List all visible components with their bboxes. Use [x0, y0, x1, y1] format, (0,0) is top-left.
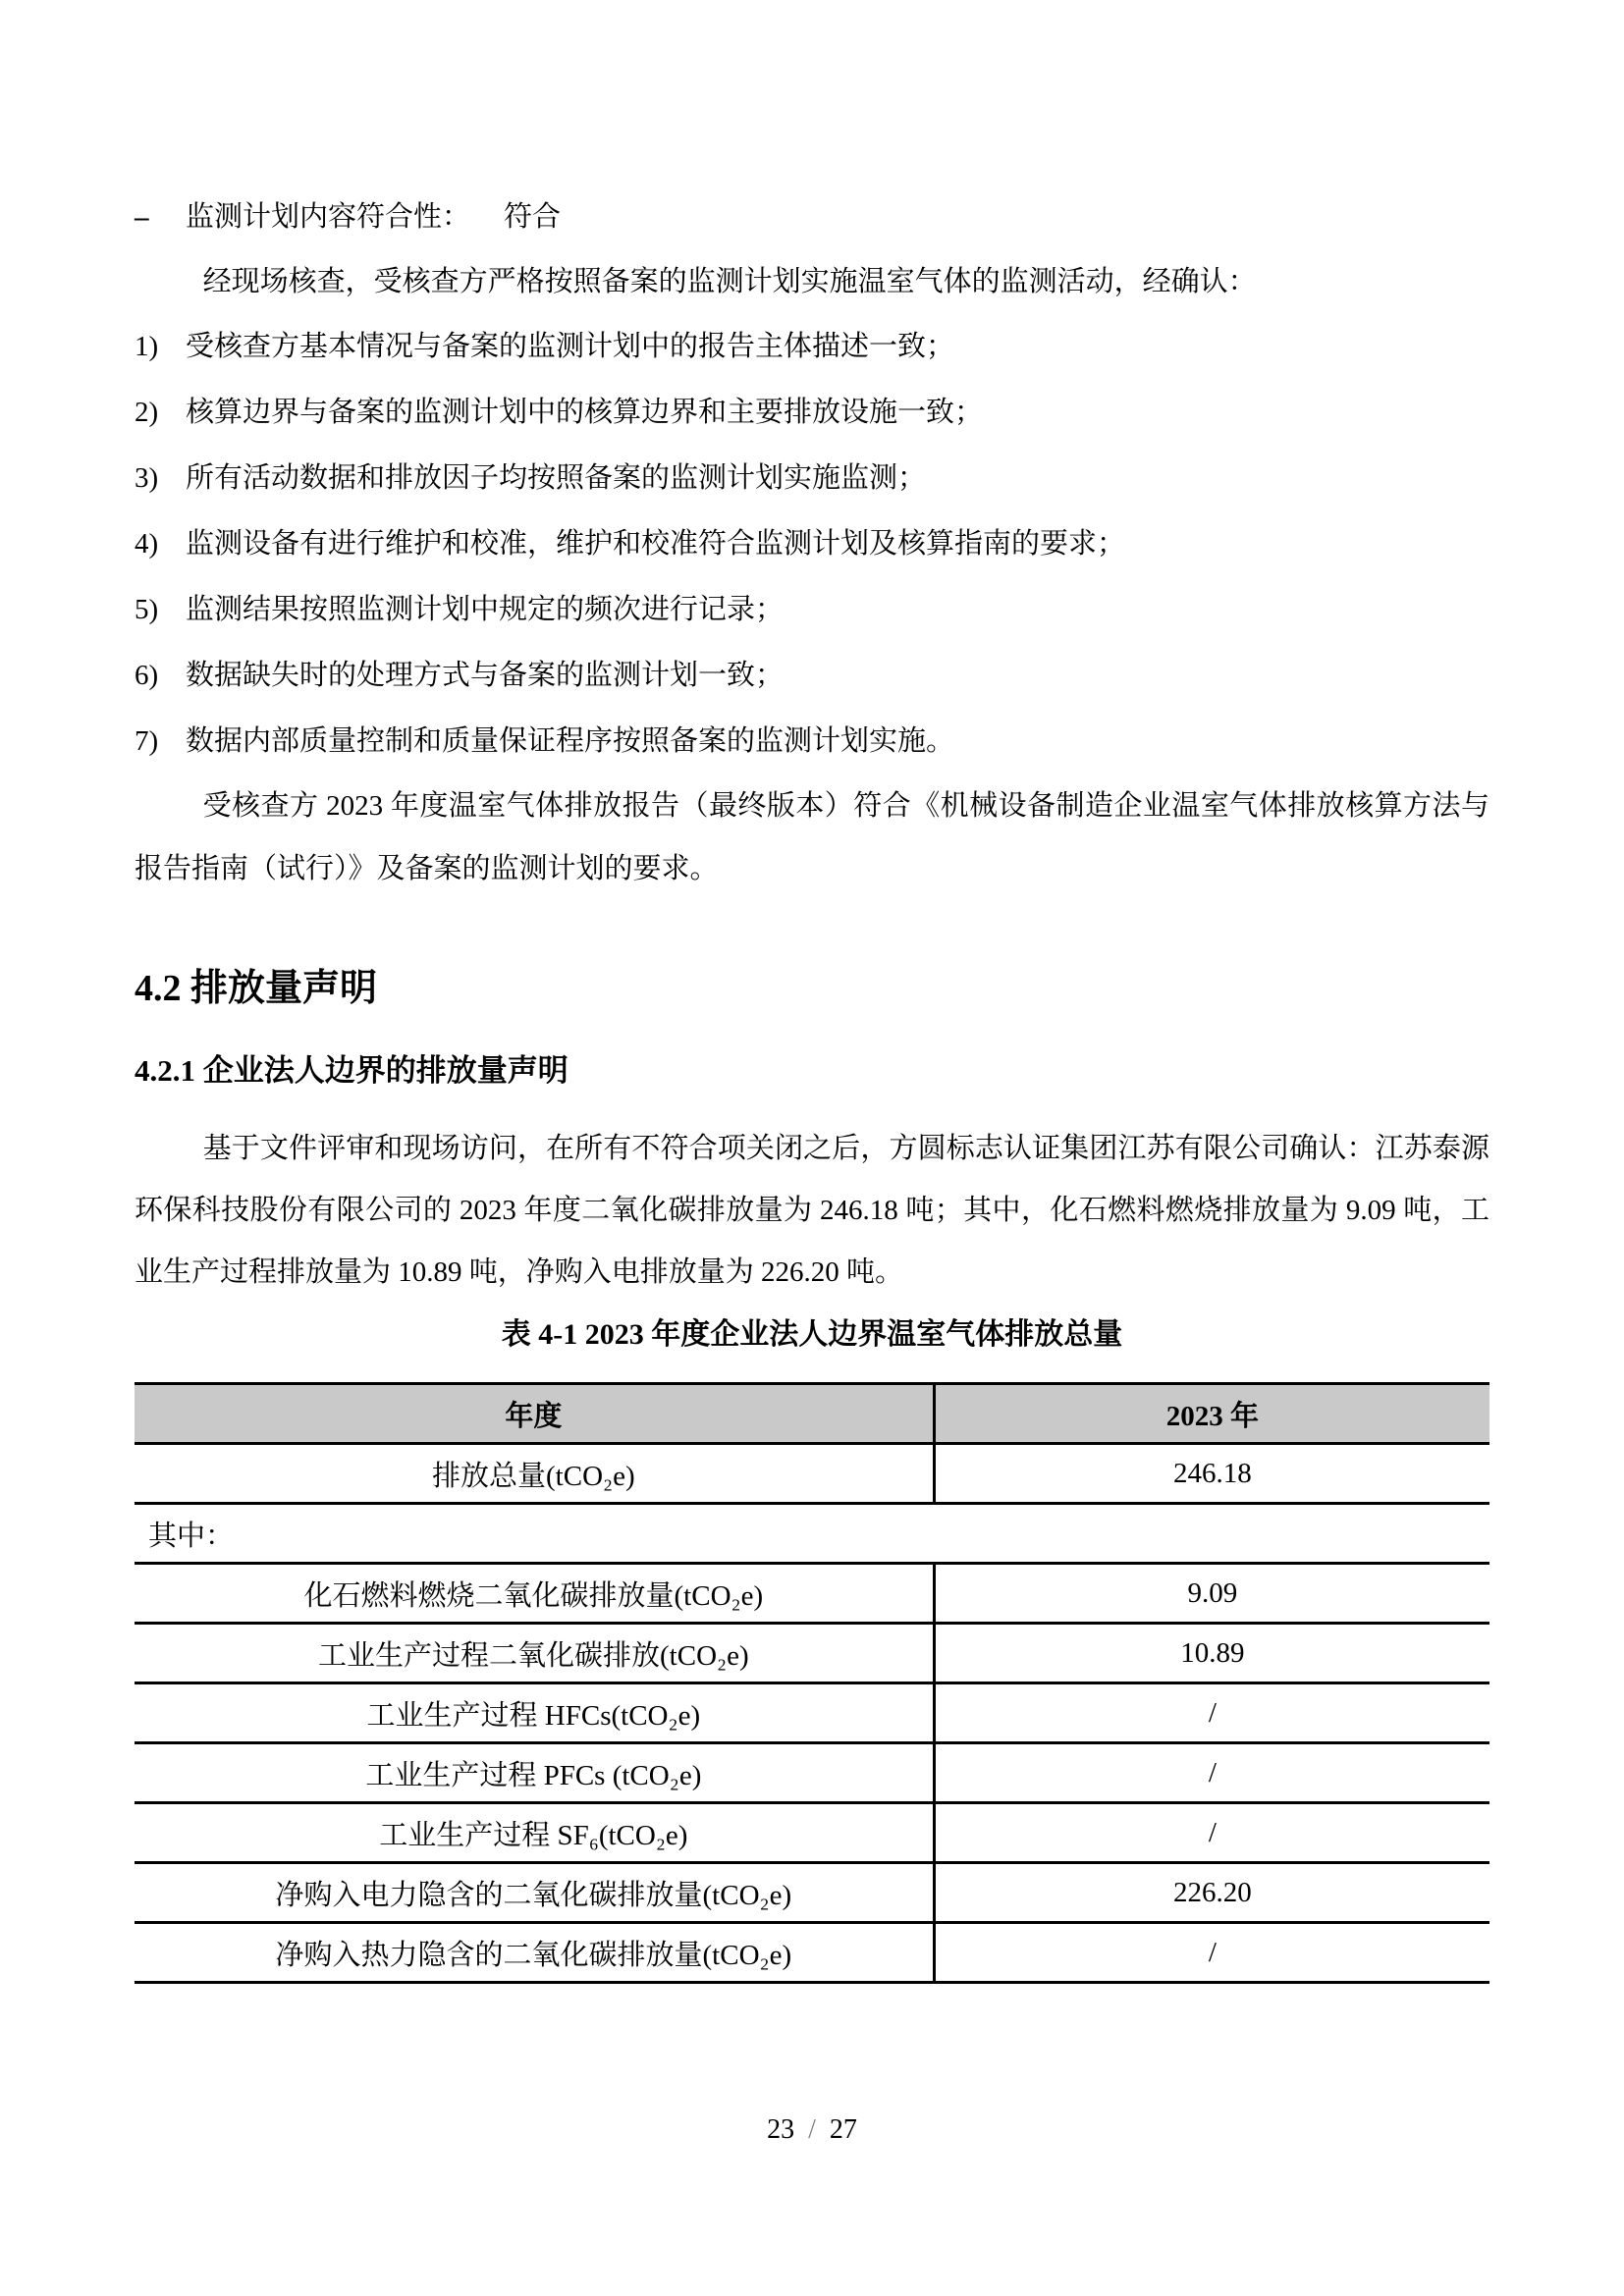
row-label: 排放总量(tCO₂e)	[135, 1444, 934, 1504]
row-label: 其中：	[135, 1504, 1489, 1564]
finding-number: 4)	[135, 511, 186, 577]
page-footer: 23/27	[0, 2110, 1624, 2150]
table-header-row: 年度 2023 年	[135, 1384, 1489, 1444]
document-page: – 监测计划内容符合性： 符合 经现场核查，受核查方严格按照备案的监测计划实施温…	[0, 0, 1624, 2296]
row-value: 9.09	[934, 1564, 1489, 1624]
finding-number: 6)	[135, 643, 186, 709]
table-header-value: 2023 年	[934, 1384, 1489, 1444]
table-header-year: 年度	[135, 1384, 934, 1444]
row-value: /	[934, 1683, 1489, 1743]
row-label: 工业生产过程 PFCs (tCO₂e)	[135, 1743, 934, 1803]
row-value: /	[934, 1803, 1489, 1863]
row-value: 226.20	[934, 1863, 1489, 1923]
page-number-separator: /	[808, 2114, 816, 2145]
intro-paragraph: 经现场核查，受核查方严格按照备案的监测计划实施温室气体的监测活动，经确认：	[135, 249, 1489, 314]
finding-text: 监测结果按照监测计划中规定的频次进行记录；	[186, 577, 1489, 643]
finding-text: 受核查方基本情况与备案的监测计划中的报告主体描述一致；	[186, 314, 1489, 380]
table-row: 排放总量(tCO₂e) 246.18	[135, 1444, 1489, 1504]
finding-number: 2)	[135, 380, 186, 446]
table-row: 其中：	[135, 1504, 1489, 1564]
table-row: 工业生产过程二氧化碳排放(tCO₂e) 10.89	[135, 1624, 1489, 1683]
row-label: 工业生产过程 SF₆(tCO₂e)	[135, 1803, 934, 1863]
finding-number: 3)	[135, 446, 186, 511]
finding-item: 1) 受核查方基本情况与备案的监测计划中的报告主体描述一致；	[135, 314, 1489, 380]
row-label: 工业生产过程 HFCs(tCO₂e)	[135, 1683, 934, 1743]
finding-text: 数据缺失时的处理方式与备案的监测计划一致；	[186, 643, 1489, 709]
row-value: /	[934, 1923, 1489, 1983]
table-row: 净购入电力隐含的二氧化碳排放量(tCO₂e) 226.20	[135, 1863, 1489, 1923]
compliance-label: 监测计划内容符合性：	[186, 185, 470, 249]
row-value: 246.18	[934, 1444, 1489, 1504]
finding-item: 2) 核算边界与备案的监测计划中的核算边界和主要排放设施一致；	[135, 380, 1489, 446]
finding-text: 所有活动数据和排放因子均按照备案的监测计划实施监测；	[186, 446, 1489, 511]
table-row: 化石燃料燃烧二氧化碳排放量(tCO₂e) 9.09	[135, 1564, 1489, 1624]
finding-item: 5) 监测结果按照监测计划中规定的频次进行记录；	[135, 577, 1489, 643]
row-value: 10.89	[934, 1624, 1489, 1683]
finding-text: 数据内部质量控制和质量保证程序按照备案的监测计划实施。	[186, 709, 1489, 774]
page-number-total: 27	[830, 2114, 857, 2145]
row-label: 净购入电力隐含的二氧化碳排放量(tCO₂e)	[135, 1863, 934, 1923]
compliance-status-line: – 监测计划内容符合性： 符合	[135, 185, 1489, 249]
row-label: 净购入热力隐含的二氧化碳排放量(tCO₂e)	[135, 1923, 934, 1983]
finding-number: 7)	[135, 709, 186, 774]
page-number-current: 23	[767, 2114, 794, 2145]
page-content: – 监测计划内容符合性： 符合 经现场核查，受核查方严格按照备案的监测计划实施温…	[135, 185, 1489, 1984]
findings-list: 1) 受核查方基本情况与备案的监测计划中的报告主体描述一致； 2) 核算边界与备…	[135, 314, 1489, 774]
table-row: 工业生产过程 HFCs(tCO₂e) /	[135, 1683, 1489, 1743]
conclusion-paragraph: 受核查方 2023 年度温室气体排放报告（最终版本）符合《机械设备制造企业温室气…	[135, 774, 1489, 900]
finding-item: 4) 监测设备有进行维护和校准，维护和校准符合监测计划及核算指南的要求；	[135, 511, 1489, 577]
finding-number: 1)	[135, 314, 186, 380]
row-label: 工业生产过程二氧化碳排放(tCO₂e)	[135, 1624, 934, 1683]
row-label: 化石燃料燃烧二氧化碳排放量(tCO₂e)	[135, 1564, 934, 1624]
table-title: 表 4-1 2023 年度企业法人边界温室气体排放总量	[135, 1309, 1489, 1361]
table-row: 净购入热力隐含的二氧化碳排放量(tCO₂e) /	[135, 1923, 1489, 1983]
emission-statement-paragraph: 基于文件评审和现场访问，在所有不符合项关闭之后，方圆标志认证集团江苏有限公司确认…	[135, 1118, 1489, 1304]
row-value: /	[934, 1743, 1489, 1803]
finding-item: 7) 数据内部质量控制和质量保证程序按照备案的监测计划实施。	[135, 709, 1489, 774]
finding-number: 5)	[135, 577, 186, 643]
table-row: 工业生产过程 SF₆(tCO₂e) /	[135, 1803, 1489, 1863]
section-heading: 4.2 排放量声明	[135, 961, 1489, 1016]
subsection-heading: 4.2.1 企业法人边界的排放量声明	[135, 1043, 1489, 1098]
finding-text: 核算边界与备案的监测计划中的核算边界和主要排放设施一致；	[186, 380, 1489, 446]
compliance-value: 符合	[504, 185, 561, 249]
finding-item: 6) 数据缺失时的处理方式与备案的监测计划一致；	[135, 643, 1489, 709]
finding-text: 监测设备有进行维护和校准，维护和校准符合监测计划及核算指南的要求；	[186, 511, 1489, 577]
finding-item: 3) 所有活动数据和排放因子均按照备案的监测计划实施监测；	[135, 446, 1489, 511]
table-row: 工业生产过程 PFCs (tCO₂e) /	[135, 1743, 1489, 1803]
emissions-table: 年度 2023 年 排放总量(tCO₂e) 246.18 其中： 化石燃料燃烧二…	[135, 1382, 1489, 1984]
dash-bullet-marker: –	[135, 185, 186, 249]
